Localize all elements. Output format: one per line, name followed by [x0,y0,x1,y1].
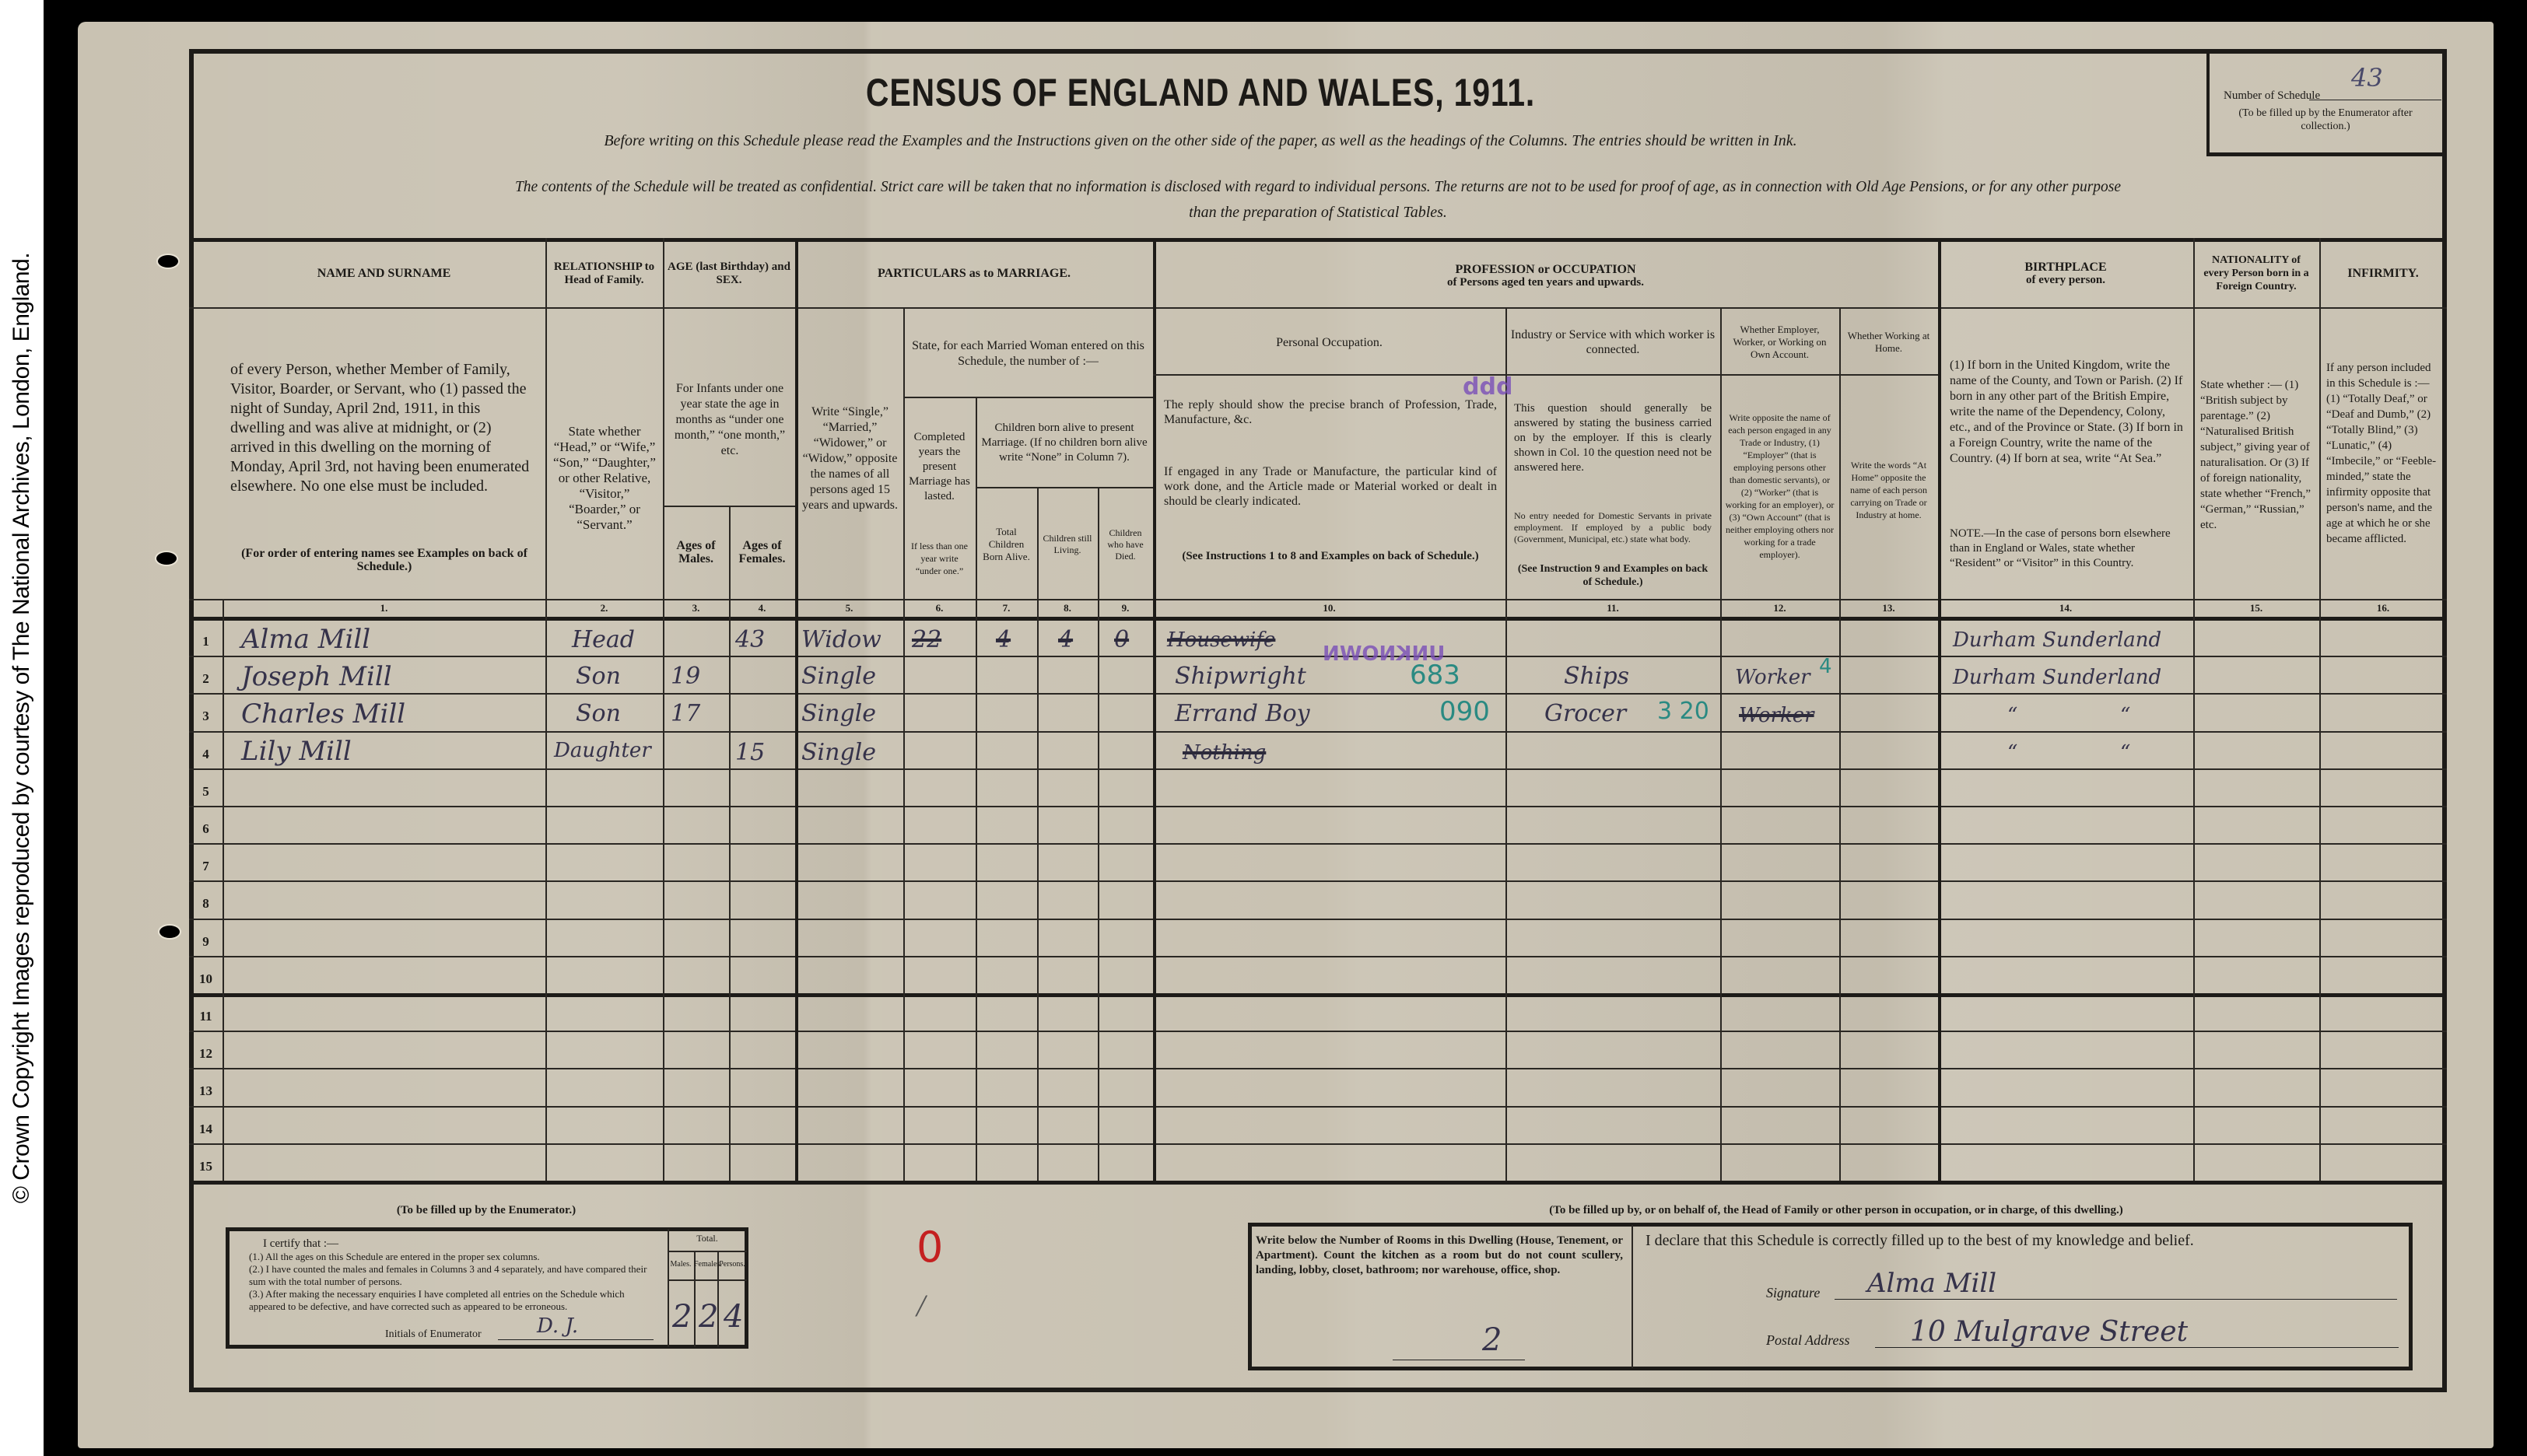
col-line [1153,238,1156,1181]
pencil-tick-mark: / [917,1287,925,1324]
occupation-sub-rule [1153,374,1938,376]
header-infirmity: INFIRMITY. [2319,240,2447,307]
row-3-employer[interactable]: Worker [1739,704,1814,727]
colnum-14: 14. [1938,599,2193,618]
persons-total[interactable]: 4 [724,1299,743,1335]
header-name: NAME AND SURNAME [223,240,545,307]
row-1-years-married[interactable]: 22 [912,626,941,653]
signature-line [1835,1299,2397,1300]
row-number: 7 [189,859,223,874]
header-children-living: Children still Living. [1037,498,1098,591]
schedule-number-note: (To be filled up by the Enumerator after… [2220,107,2431,133]
row-1-condition[interactable]: Widow [801,626,881,653]
header-birthplace-note: NOTE.—In the case of persons born elsewh… [1945,513,2188,583]
head-divider [1632,1225,1633,1368]
row-rule [189,993,2447,997]
schedule-number-line [2309,100,2441,100]
row-number: 5 [189,784,223,800]
row-2-industry[interactable]: Ships [1564,663,1629,690]
header-personal-body-1: The reply should show the precise branch… [1159,389,1502,436]
row-3-occupation[interactable]: Errand Boy [1175,700,1310,727]
header-nationality-body: State whether :— (1) “British subject by… [2196,319,2317,591]
row-rule [189,731,2447,733]
row-number: 3 [189,709,223,724]
header-birthplace: BIRTHPLACE of every person. [1938,240,2193,307]
confidential-line: The contents of the Schedule will be tre… [189,179,2447,196]
row-1-occupation[interactable]: Housewife [1167,628,1275,652]
row-number: 11 [189,1009,223,1024]
row-3-industry-code[interactable]: 3 20 [1657,698,1709,725]
row-3-name[interactable]: Charles Mill [241,698,405,730]
header-age: AGE (last Birthday) and SEX. [663,240,795,307]
row-4-condition[interactable]: Single [801,739,876,766]
row-rule [189,1031,2447,1032]
row-rule [189,1068,2447,1069]
total-label: Total. [668,1233,747,1244]
enumerator-divider [668,1229,669,1347]
initials-line [498,1339,654,1340]
header-name-note: (For order of entering names see Example… [226,537,543,583]
punch-hole-icon [159,926,180,938]
total-rule [668,1251,747,1252]
row-4-birthplace-town[interactable]: “ [2120,741,2130,765]
colnum-7: 7. [976,599,1037,618]
row-number: 12 [189,1046,223,1062]
header-children-group: Children born alive to present Marriage.… [976,398,1153,487]
colnum-16: 16. [2319,599,2447,618]
row-1-children-living[interactable]: 4 [1058,626,1073,653]
row-rule [189,806,2447,807]
address-value[interactable]: 10 Mulgrave Street [1910,1316,2188,1348]
row-2-relationship[interactable]: Son [576,663,621,690]
schedule-number-value[interactable]: 43 [2351,63,2383,93]
certify-item-1: (1.) All the ages on this Schedule are e… [249,1251,661,1263]
row-1-age-female[interactable]: 43 [735,626,765,653]
col-line [1938,238,1941,1181]
persons-label: Persons. [717,1260,747,1269]
initials-value[interactable]: D. J. [537,1314,578,1338]
row-number: 15 [189,1159,223,1174]
header-married-woman: State, for each Married Woman entered on… [903,311,1153,397]
row-number: 4 [189,747,223,762]
row-number: 2 [189,671,223,687]
rooms-value[interactable]: 2 [1482,1322,1502,1358]
header-birthplace-title: BIRTHPLACE [2024,261,2106,274]
enumerator-certify: I certify that :— (1.) All the ages on t… [249,1237,661,1313]
punch-hole-icon [158,255,178,268]
header-age-females: Ages of Females. [729,513,795,591]
row-4-relationship[interactable]: Daughter [554,739,651,762]
signature-label: Signature [1766,1285,1820,1301]
males-total[interactable]: 2 [672,1299,692,1335]
header-relationship-body: State whether “Head,” or “Wife,” “Son,” … [547,389,662,568]
females-label: Females. [694,1260,717,1269]
colnum-6: 6. [903,599,976,618]
header-years-married: Completed years the present Marriage has… [903,404,976,529]
certify-intro: I certify that :— [249,1237,661,1251]
colnum-2: 2. [545,599,663,618]
row-4-birthplace-county[interactable]: “ [2007,741,2017,765]
row-3-occupation-code[interactable]: 090 [1439,696,1490,727]
address-label: Postal Address [1766,1332,1850,1349]
instruction-line: Before writing on this Schedule please r… [189,132,2212,150]
punch-hole-icon [156,552,177,565]
header-employer-body: Write opposite the name of each person e… [1720,377,1839,595]
header-industry-body: This question should generally be answer… [1509,380,1716,496]
header-divider [189,307,2447,309]
header-stamp: ddd [1463,373,1512,401]
colnum-5: 5. [795,599,903,618]
red-check-mark: 0 [917,1223,943,1272]
enumerator-heading: (To be filled up by the Enumerator.) [226,1204,747,1217]
col-line [223,599,224,1181]
row-2-age-male[interactable]: 19 [671,663,700,690]
row-2-occupation[interactable]: Shipwright [1175,663,1306,690]
header-age-males: Ages of Males. [663,513,729,591]
row-rule [189,956,2447,957]
row-1-name[interactable]: Alma Mill [241,624,370,655]
row-number: 1 [189,634,223,649]
row-number: 14 [189,1122,223,1137]
colnum-11: 11. [1505,599,1720,618]
header-industry-note: (See Instruction 9 and Examples on back … [1509,556,1716,595]
colnum-15: 15. [2193,599,2319,618]
age-sub-rule-2 [663,506,795,507]
header-industry-small: No entry needed for Domestic Servants in… [1509,496,1716,558]
header-home: Whether Working at Home. [1839,311,1938,373]
colnum-3: 3. [663,599,729,618]
initials-label: Initials of Enumerator [385,1328,482,1341]
header-industry: Industry or Service with which worker is… [1505,311,1720,373]
header-years-note: If less than one year write “under one.” [903,520,976,597]
colnum-13: 13. [1839,599,1938,618]
row-3-industry[interactable]: Grocer [1544,700,1626,727]
row-number: 9 [189,934,223,950]
signature-value[interactable]: Alma Mill [1867,1268,1996,1299]
header-nationality: NATIONALITY of every Person born in a Fo… [2193,240,2319,307]
confidential-line-2: than the preparation of Statistical Tabl… [189,204,2447,222]
row-3-age-male[interactable]: 17 [671,700,700,727]
schedule-number-box: Number of Schedule 43 (To be filled up b… [2206,49,2447,156]
header-occupation-title: PROFESSION or OCCUPATION [1455,263,1635,276]
col-line [545,238,547,1181]
row-3-birthplace-town[interactable]: “ [2120,704,2130,727]
certify-item-3: (3.) After making the necessary enquirie… [249,1288,661,1313]
header-personal-note: (See Instructions 1 to 8 and Examples on… [1159,537,1502,576]
head-heading: (To be filled up by, or on behalf of, th… [1253,1204,2420,1217]
col-line [1505,307,1507,1181]
row-number: 6 [189,821,223,837]
row-2-employer-code[interactable]: 4 [1819,655,1832,678]
males-label: Males. [668,1260,694,1269]
row-number: 10 [189,971,223,987]
header-name-body: of every Person, whether Member of Famil… [226,327,543,529]
declaration-text: I declare that this Schedule is correctl… [1646,1232,2194,1250]
colnum-12: 12. [1720,599,1839,618]
form-title: CENSUS OF ENGLAND AND WALES, 1911. [371,70,2030,115]
header-employer: Whether Employer, Worker, or Working on … [1720,311,1839,373]
header-personal-occupation: Personal Occupation. [1153,311,1505,373]
row-3-birthplace-county[interactable]: “ [2007,704,2017,727]
row-2-name[interactable]: Joseph Mill [241,661,392,692]
row-2-occupation-code[interactable]: 683 [1410,660,1460,691]
header-condition: Write “Single,” “Married,” “Widower,” or… [797,373,903,544]
row-rule [189,693,2447,695]
row-1-children-total[interactable]: 4 [996,626,1011,653]
row-4-name[interactable]: Lily Mill [241,736,352,767]
females-total[interactable]: 2 [699,1299,718,1335]
row-1-relationship[interactable]: Head [572,626,635,653]
colnum-4: 4. [729,599,795,618]
colnum-9: 9. [1098,599,1153,618]
header-age-body: For Infants under one year state the age… [664,342,795,498]
row-number: 8 [189,896,223,912]
copyright-notice: © Crown Copyright Images reproduced by c… [9,253,35,1203]
colnum-1: 1. [223,599,545,618]
header-birthplace-body: (1) If born in the United Kingdom, write… [1945,319,2188,506]
colnum-10: 10. [1153,599,1505,618]
row-1-children-died[interactable]: 0 [1114,626,1129,653]
row-2-employer[interactable]: Worker [1735,666,1810,689]
header-children-total: Total Children Born Alive. [976,498,1037,591]
header-relationship: RELATIONSHIP to Head of Family. [545,240,663,307]
row-2-condition[interactable]: Single [801,663,876,690]
header-infirmity-body: If any person included in this Schedule … [2322,311,2445,595]
row-rule [189,1143,2447,1145]
row-1-birthplace[interactable]: Durham Sunderland [1953,628,2161,652]
row-rule [189,919,2447,920]
header-children-died: Children who have Died. [1098,498,1153,591]
total-sub-rule [668,1279,747,1281]
row-rule [189,880,2447,882]
header-marriage: PARTICULARS as to MARRIAGE. [795,240,1153,307]
row-4-occupation[interactable]: Nothing [1183,741,1266,765]
row-rule [189,1106,2447,1108]
row-rule [189,656,2447,657]
rooms-instruction: Write below the Number of Rooms in this … [1256,1234,1623,1278]
certify-item-2: (2.) I have counted the males and female… [249,1263,661,1288]
row-rule [189,768,2447,770]
col-line [2319,238,2321,1181]
row-rule [189,843,2447,845]
rooms-line [1393,1360,1525,1360]
row-3-relationship[interactable]: Son [576,700,621,727]
row-4-age-female[interactable]: 15 [735,739,765,766]
row-number: 13 [189,1083,223,1099]
header-personal-body-2: If engaged in any Trade or Manufacture, … [1159,447,1502,525]
children-sub-rule [976,487,1153,488]
header-birthplace-subtitle: of every person. [2026,274,2105,287]
header-home-body: Write the words “At Home” opposite the n… [1839,412,1938,568]
header-occupation-subtitle: of Persons aged ten years and upwards. [1447,276,1644,289]
row-2-birthplace[interactable]: Durham Sunderland [1953,666,2161,689]
schedule-number-label: Number of Schedule [2224,89,2320,103]
table-bottom-rule [189,1181,2447,1185]
row-3-condition[interactable]: Single [801,700,876,727]
header-occupation: PROFESSION or OCCUPATION of Persons aged… [1153,249,1938,303]
colnum-8: 8. [1037,599,1098,618]
col-line [2193,238,2195,1181]
